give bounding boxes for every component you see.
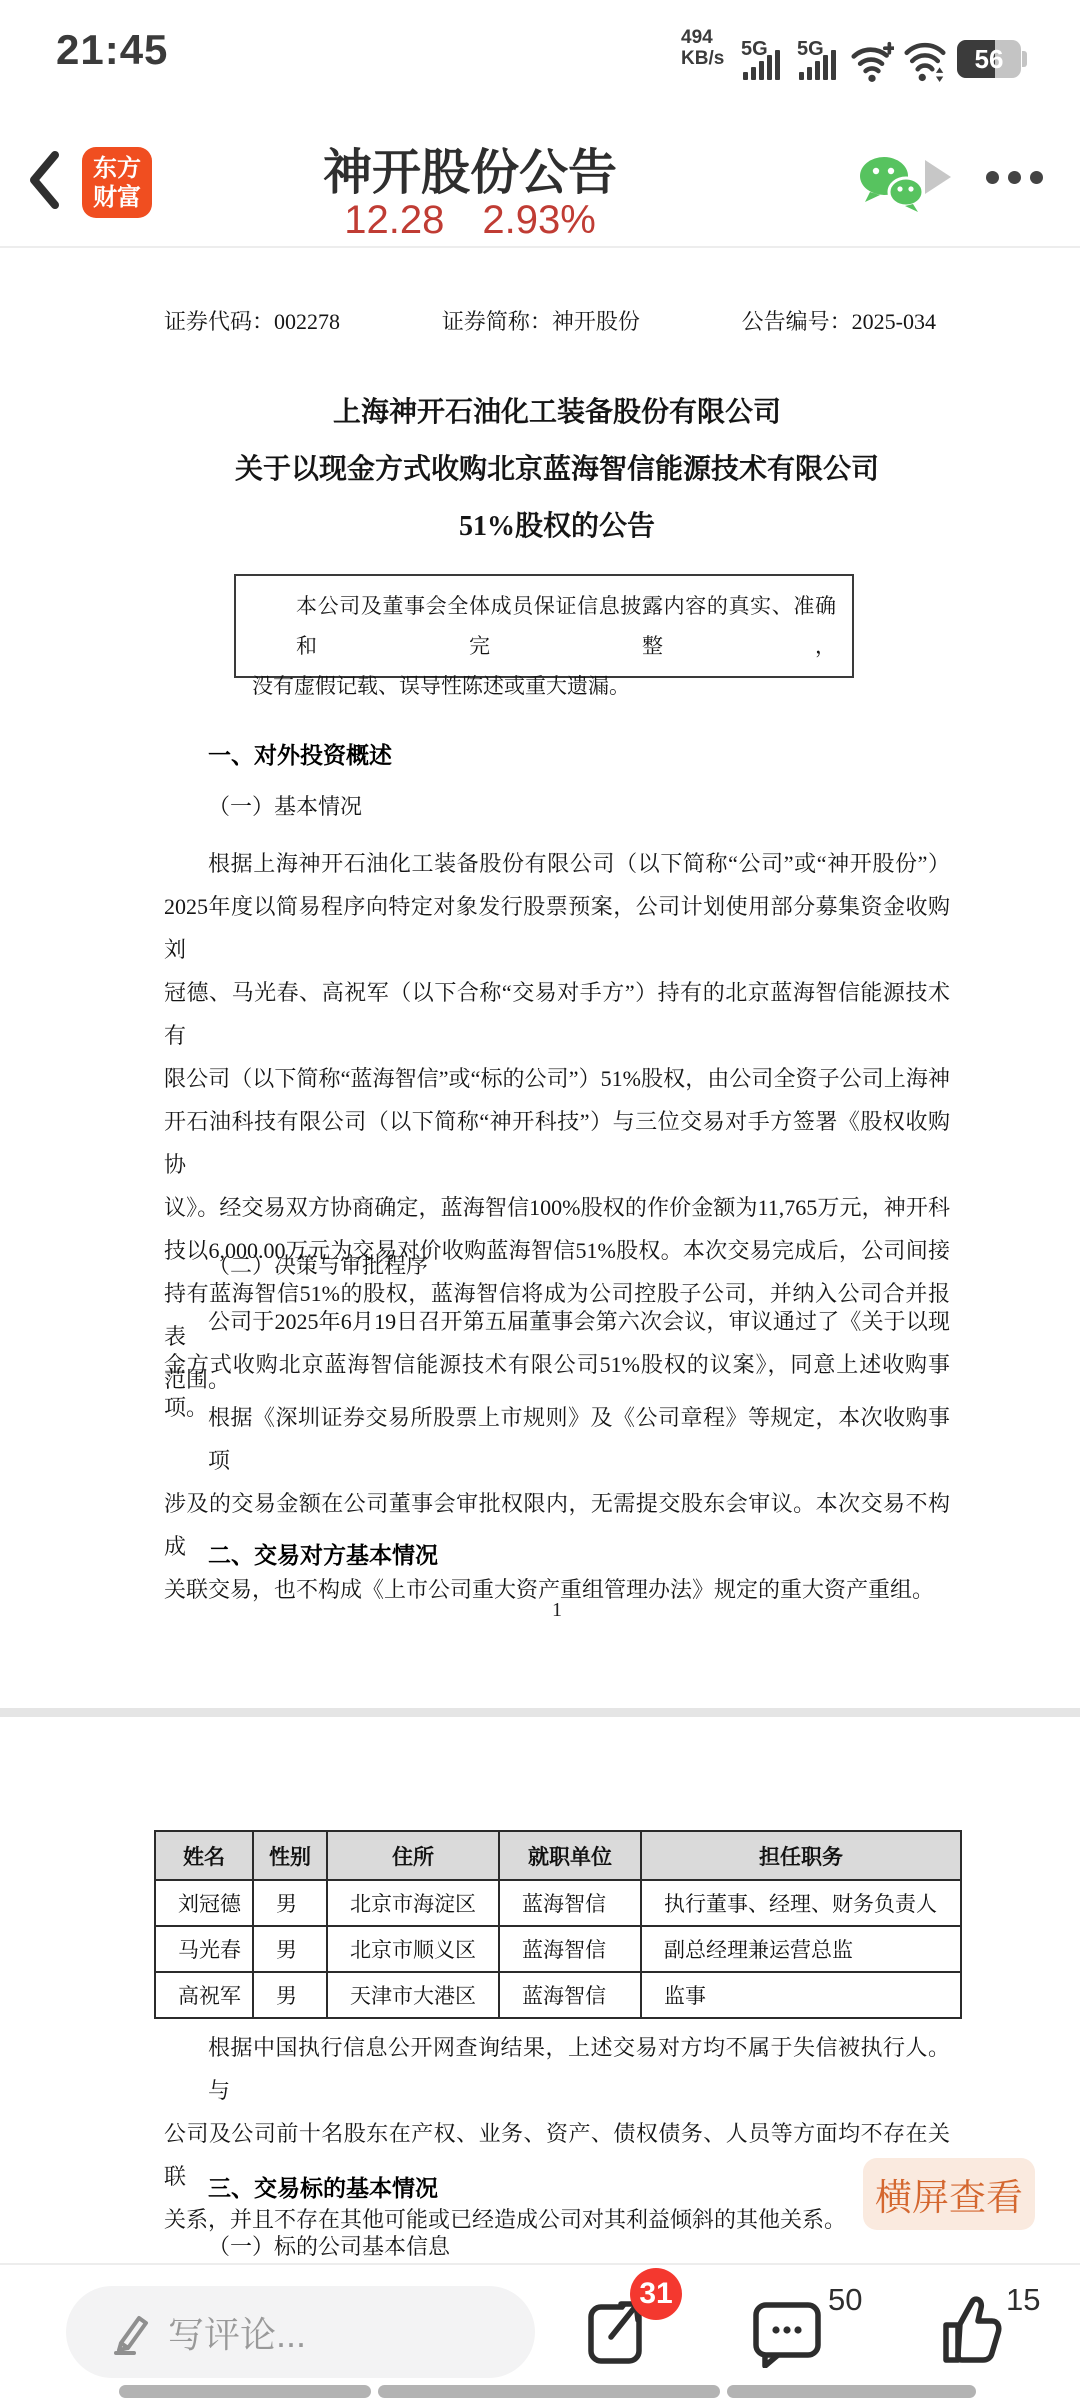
table-cell: 副总经理兼运营总监 — [641, 1926, 961, 1972]
doc-line: 51%股权的公告 — [100, 498, 1014, 555]
page-number: 1 — [100, 1599, 1014, 1622]
nav-bar-segment[interactable] — [119, 2385, 371, 2398]
stock-price: 12.28 — [344, 198, 444, 243]
wifi-plus-icon — [850, 40, 894, 82]
signal-sim1-icon: 5G — [741, 26, 787, 84]
doc-line: 没有虚假记载、误导性陈述或重大遗漏。 — [252, 666, 836, 706]
table-cell: 北京市顺义区 — [327, 1926, 499, 1972]
comment-placeholder: 写评论... — [168, 2307, 306, 2358]
table-row: 高祝军男天津市大港区蓝海智信监事 — [155, 1972, 961, 2018]
doc-line: 限公司（以下简称“蓝海智信”或“标的公司”）51%股权，由公司全资子公司上海神 — [164, 1057, 950, 1100]
doc-line: 根据中国执行信息公开网查询结果，上述交易对方均不属于失信被执行人。与 — [164, 2026, 950, 2112]
more-menu-button[interactable] — [986, 171, 1043, 184]
screen: { "status_bar": { "time": "21:45", "net_… — [0, 0, 1080, 2400]
doc-line: 关于以现金方式收购北京蓝海智信能源技术有限公司 — [100, 441, 1014, 498]
paragraph-3: 根据《深圳证券交易所股票上市规则》及《公司章程》等规定，本次收购事项涉及的交易金… — [164, 1396, 950, 1611]
table-cell: 北京市海淀区 — [327, 1880, 499, 1926]
play-announcement-button[interactable] — [925, 160, 951, 194]
section-3-sub-1: （一）标的公司基本信息 — [208, 2230, 450, 2261]
bottombar-divider — [0, 2263, 1080, 2265]
security-name: 证券简称：神开股份 — [442, 305, 640, 336]
network-speed-unit: KB/s — [681, 48, 724, 69]
table-cell: 男 — [253, 1926, 327, 1972]
status-time: 21:45 — [56, 26, 168, 74]
sim1-bars — [743, 50, 780, 80]
doc-line: 本公司及董事会全体成员保证信息披露内容的真实、准确和完整， — [252, 586, 836, 666]
stock-change-percent: 2.93% — [482, 198, 595, 243]
doc-line: 根据上海神开石油化工装备股份有限公司（以下简称“公司”或“神开股份”） — [164, 842, 950, 885]
nav-bar-segment[interactable] — [378, 2385, 720, 2398]
table-cell: 马光春 — [155, 1926, 253, 1972]
table-cell: 蓝海智信 — [499, 1880, 641, 1926]
page-title: 神开股份公告 — [160, 134, 780, 204]
section-1-heading: 一、对外投资概述 — [208, 737, 392, 770]
table-header-cell: 就职单位 — [499, 1831, 641, 1880]
logo-text-2: 财富 — [93, 183, 141, 212]
table-cell: 执行董事、经理、财务负责人 — [641, 1880, 961, 1926]
back-button[interactable] — [27, 150, 61, 210]
like-count: 15 — [1006, 2282, 1040, 2318]
pencil-icon — [110, 2309, 150, 2355]
doc-line: 冠德、马光春、高祝军（以下合称“交易对手方”）持有的北京蓝海智信能源技术有 — [164, 971, 950, 1057]
signal-sim2-icon: 5G — [797, 26, 843, 84]
table-cell: 蓝海智信 — [499, 1972, 641, 2018]
network-speed-value: 494 — [681, 27, 724, 48]
table-cell: 男 — [253, 1880, 327, 1926]
section-1-sub-2: （二）决策与审批程序 — [208, 1249, 428, 1280]
table-cell: 男 — [253, 1972, 327, 2018]
battery-level: 56 — [957, 40, 1021, 78]
doc-line: 根据《深圳证券交易所股票上市规则》及《公司章程》等规定，本次收购事项 — [164, 1396, 950, 1482]
doc-line: 上海神开石油化工装备股份有限公司 — [100, 384, 1014, 441]
security-code: 证券代码：002278 — [164, 305, 340, 336]
doc-line: 开石油科技有限公司（以下简称“神开科技”）与三位交易对手方签署《股权收购协 — [164, 1100, 950, 1186]
table-header-cell: 性别 — [253, 1831, 327, 1880]
doc-line: 公司于2025年6月19日召开第五届董事会第六次会议，审议通过了《关于以现 — [164, 1300, 950, 1343]
table-row: 马光春男北京市顺义区蓝海智信副总经理兼运营总监 — [155, 1926, 961, 1972]
doc-title: 上海神开石油化工装备股份有限公司关于以现金方式收购北京蓝海智信能源技术有限公司5… — [100, 384, 1014, 555]
announcement-no: 公告编号：2025-034 — [742, 305, 936, 336]
counterparty-table: 姓名性别住所就职单位担任职务 刘冠德男北京市海淀区蓝海智信执行董事、经理、财务负… — [154, 1830, 962, 2019]
page-separator — [0, 1708, 1080, 1717]
battery-icon: 56 — [957, 40, 1027, 78]
wifi-arrows-icon — [903, 40, 947, 82]
paragraph-4: 根据中国执行信息公开网查询结果，上述交易对方均不属于失信被执行人。与公司及公司前… — [164, 2026, 950, 2241]
section-3-heading: 三、交易标的基本情况 — [208, 2170, 438, 2203]
table-header-cell: 住所 — [327, 1831, 499, 1880]
table-cell: 天津市大港区 — [327, 1972, 499, 2018]
table-cell: 监事 — [641, 1972, 961, 2018]
doc-line: 议》。经交易双方协商确定，蓝海智信100%股权的作价金额为11,765万元，神开… — [164, 1186, 950, 1229]
logo-text-1: 东方 — [93, 154, 141, 183]
comment-button[interactable] — [752, 2300, 822, 2368]
table-header-cell: 担任职务 — [641, 1831, 961, 1880]
doc-line: 2025年度以简易程序向特定对象发行股票预案，公司计划使用部分募集资金收购刘 — [164, 885, 950, 971]
section-2-heading: 二、交易对方基本情况 — [208, 1537, 438, 1570]
comment-count: 50 — [828, 2282, 862, 2318]
share-badge: 31 — [630, 2268, 682, 2320]
table-row: 刘冠德男北京市海淀区蓝海智信执行董事、经理、财务负责人 — [155, 1880, 961, 1926]
table-cell: 蓝海智信 — [499, 1926, 641, 1972]
table-cell: 刘冠德 — [155, 1880, 253, 1926]
eastmoney-logo[interactable]: 东方 财富 — [82, 147, 152, 218]
table-cell: 高祝军 — [155, 1972, 253, 2018]
sim2-bars — [799, 50, 836, 80]
comment-input[interactable]: 写评论... — [66, 2286, 535, 2378]
stock-quote: 12.28 2.93% — [160, 198, 780, 243]
header-divider — [0, 246, 1080, 248]
landscape-view-button[interactable]: 横屏查看 — [863, 2158, 1035, 2230]
table-header-row: 姓名性别住所就职单位担任职务 — [155, 1831, 961, 1880]
doc-meta-row: 证券代码：002278 证券简称：神开股份 公告编号：2025-034 — [164, 305, 936, 336]
section-1-sub-1: （一）基本情况 — [208, 790, 362, 821]
nav-bar-segment[interactable] — [727, 2385, 976, 2398]
wechat-share-button[interactable] — [858, 154, 926, 214]
doc-disclaimer-box: 本公司及董事会全体成员保证信息披露内容的真实、准确和完整，没有虚假记载、误导性陈… — [234, 574, 854, 678]
network-speed: 494 KB/s — [681, 27, 724, 69]
table-header-cell: 姓名 — [155, 1831, 253, 1880]
like-button[interactable] — [940, 2294, 1002, 2366]
